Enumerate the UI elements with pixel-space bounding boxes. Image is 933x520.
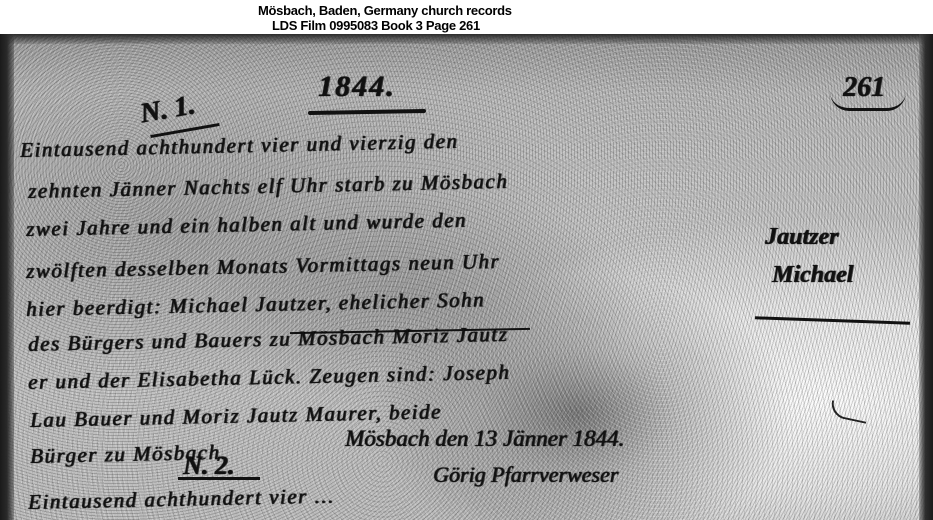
entry-number-2-underline [178, 477, 260, 480]
entry-2-line-1: Eintausend achthundert vier ... [28, 484, 335, 515]
caption-location: Mösbach, Baden, Germany church records [258, 3, 512, 18]
entry-1-line-1: Eintausend achthundert vier und vierzig … [20, 129, 459, 163]
record-year: 1844. [318, 70, 396, 104]
document-caption: Mösbach, Baden, Germany church records L… [0, 0, 933, 34]
scan-right-edge [919, 34, 933, 520]
entry-1-line-2: zehnten Jänner Nachts elf Uhr starb zu M… [28, 169, 509, 204]
caption-film-reference: LDS Film 0995083 Book 3 Page 261 [272, 18, 480, 33]
margin-given-name: Michael [772, 262, 853, 289]
year-underline [308, 109, 426, 115]
entry-1-signature: Görig Pfarrverweser [433, 462, 618, 488]
entry-1-line-4: zwölften desselben Monats Vormittags neu… [26, 249, 500, 284]
scanned-register-page: 1844. 261 N. 1. Eintausend achthundert v… [0, 34, 933, 520]
entry-1-line-6: des Bürgers und Bauers zu Mösbach Moriz … [28, 322, 509, 357]
scan-top-edge [0, 34, 933, 44]
page-number-flourish [830, 92, 906, 111]
margin-pen-mark [829, 400, 869, 424]
scan-left-edge [0, 34, 14, 520]
margin-divider-line [755, 316, 910, 324]
entry-1-line-7: er und der Elisabetha Lück. Zeugen sind:… [28, 360, 511, 395]
entry-number-1: N. 1. [138, 89, 198, 130]
entry-1-line-5: hier beerdigt: Michael Jautzer, eheliche… [26, 287, 485, 322]
margin-surname: Jautzer [765, 224, 838, 251]
entry-1-closing-date: Mösbach den 13 Jänner 1844. [345, 426, 624, 452]
entry-1-line-3: zwei Jahre und ein halben alt und wurde … [26, 208, 467, 242]
